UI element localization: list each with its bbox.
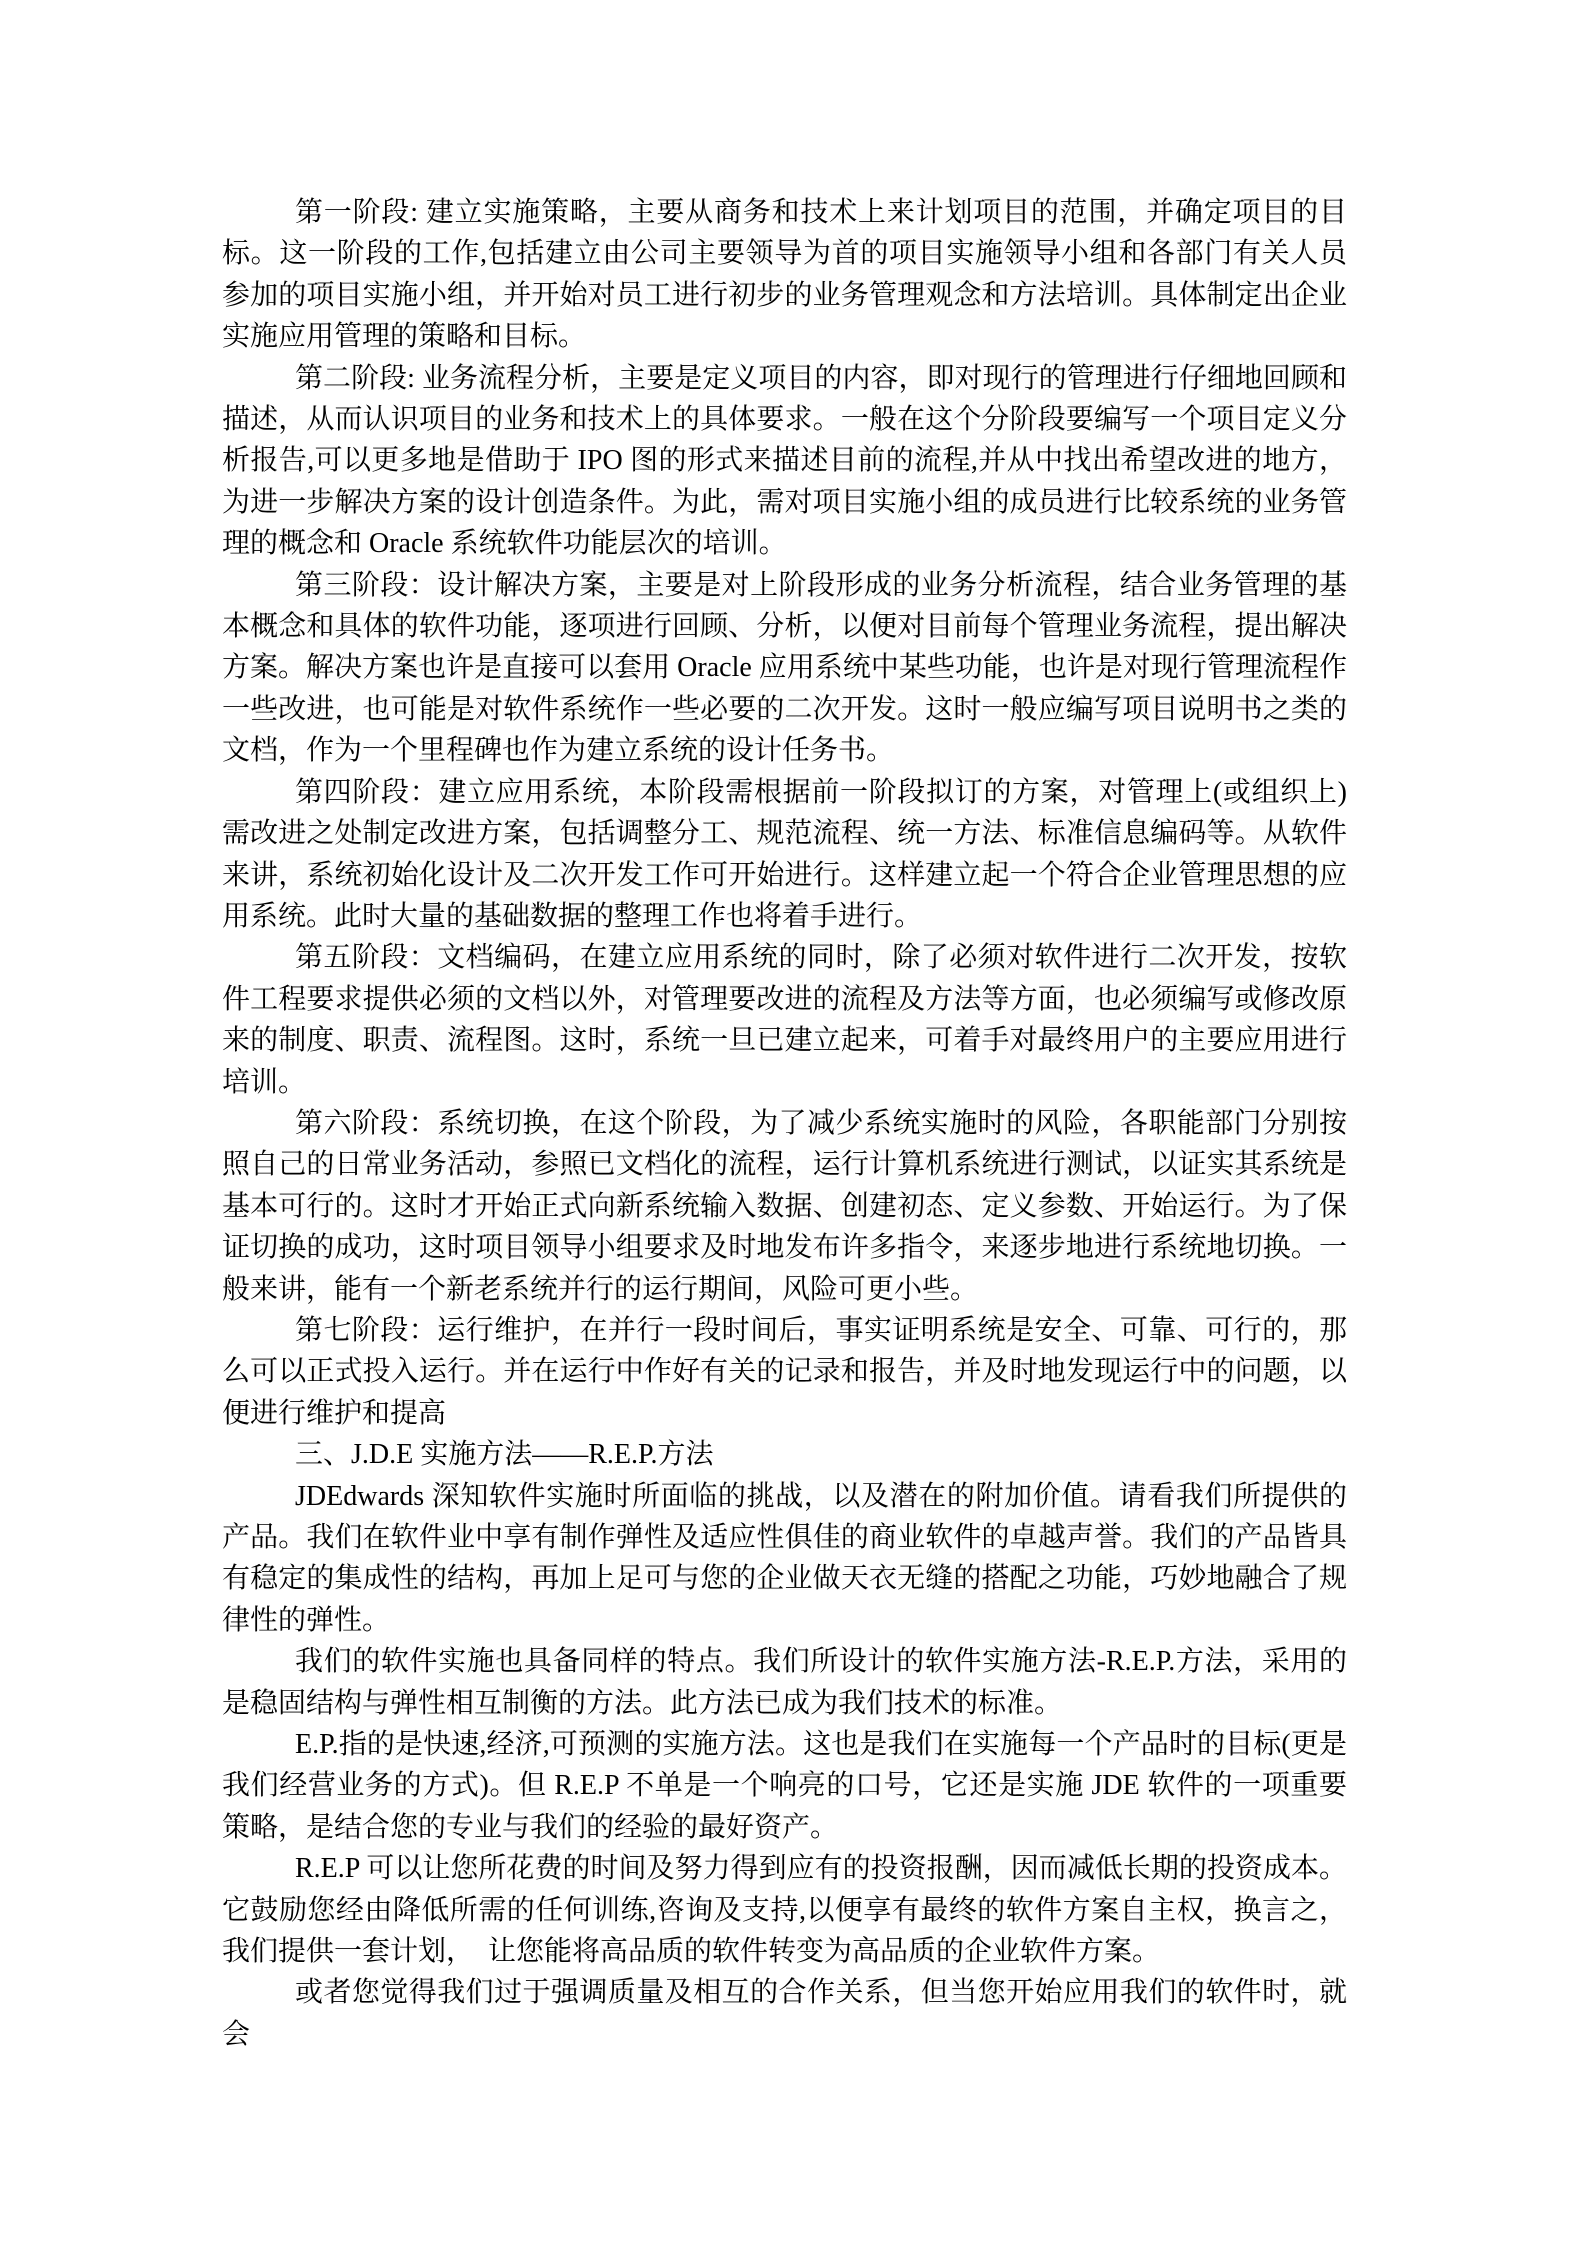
paragraph-stage-4: 第四阶段：建立应用系统，本阶段需根据前一阶段拟订的方案，对管理上(或组织上)需改… — [222, 772, 1347, 938]
paragraph-ep-definition: E.P.指的是快速,经济,可预测的实施方法。这也是我们在实施每一个产品时的目标(… — [222, 1724, 1347, 1848]
paragraph-closing: 或者您觉得我们过于强调质量及相互的合作关系，但当您开始应用我们的软件时，就会 — [222, 1972, 1347, 2055]
paragraph-stage-6: 第六阶段：系统切换，在这个阶段，为了减少系统实施时的风险，各职能部门分别按照自己… — [222, 1103, 1347, 1310]
section-heading-jde-rep-method: 三、J.D.E 实施方法——R.E.P.方法 — [222, 1434, 1347, 1475]
document-page: 第一阶段: 建立实施策略，主要从商务和技术上来计划项目的范围，并确定项目的目标。… — [0, 0, 1587, 2245]
document-body: 第一阶段: 建立实施策略，主要从商务和技术上来计划项目的范围，并确定项目的目标。… — [222, 192, 1347, 2055]
paragraph-stage-7: 第七阶段：运行维护，在并行一段时间后，事实证明系统是安全、可靠、可行的，那么可以… — [222, 1310, 1347, 1434]
paragraph-stage-5: 第五阶段：文档编码，在建立应用系统的同时，除了必须对软件进行二次开发，按软件工程… — [222, 937, 1347, 1103]
paragraph-rep-benefit: R.E.P 可以让您所花费的时间及努力得到应有的投资报酬，因而减低长期的投资成本… — [222, 1848, 1347, 1972]
paragraph-stage-2: 第二阶段: 业务流程分析，主要是定义项目的内容，即对现行的管理进行仔细地回顾和描… — [222, 358, 1347, 565]
paragraph-stage-1: 第一阶段: 建立实施策略，主要从商务和技术上来计划项目的范围，并确定项目的目标。… — [222, 192, 1347, 358]
paragraph-jdedwards-intro: JDEdwards 深知软件实施时所面临的挑战，以及潜在的附加价值。请看我们所提… — [222, 1476, 1347, 1642]
paragraph-rep-feature: 我们的软件实施也具备同样的特点。我们所设计的软件实施方法-R.E.P.方法，采用… — [222, 1641, 1347, 1724]
paragraph-stage-3: 第三阶段：设计解决方案，主要是对上阶段形成的业务分析流程，结合业务管理的基本概念… — [222, 565, 1347, 772]
